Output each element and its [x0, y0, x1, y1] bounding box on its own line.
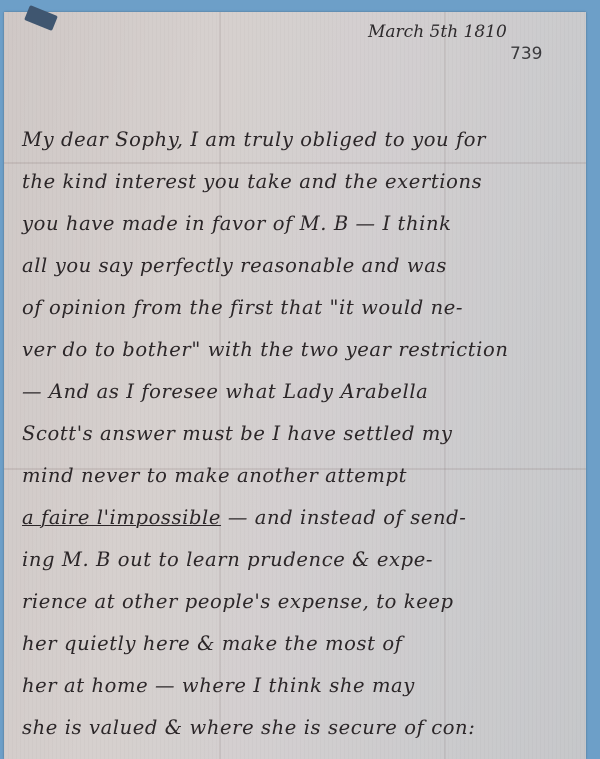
letter-line: you have made in favor of M. B — I think	[22, 212, 582, 235]
letter-line: mind never to make another attempt	[22, 464, 582, 487]
underlined-phrase: a faire l'impossible	[22, 506, 221, 529]
letter-line: her quietly here & make the most of	[22, 632, 582, 655]
letter-line: Scott's answer must be I have settled my	[22, 422, 582, 445]
archive-number: 739	[510, 44, 542, 64]
letter-line: the kind interest you take and the exert…	[22, 170, 582, 193]
letter-line: My dear Sophy, I am truly obliged to you…	[22, 128, 582, 151]
letter-line: a faire l'impossible — and instead of se…	[22, 506, 582, 529]
letter-line: ing M. B out to learn prudence & expe-	[22, 548, 582, 571]
letter-line: rience at other people's expense, to kee…	[22, 590, 582, 613]
letter-line: all you say perfectly reasonable and was	[22, 254, 582, 277]
letter-line: of opinion from the first that "it would…	[22, 296, 582, 319]
letter-date: March 5th 1810	[368, 22, 507, 42]
letter-line-rest: — and instead of send-	[221, 506, 466, 529]
paper-fold	[4, 162, 586, 164]
letter-line: her at home — where I think she may	[22, 674, 582, 697]
letter-line: she is valued & where she is secure of c…	[22, 716, 582, 739]
letter-line: — And as I foresee what Lady Arabella	[22, 380, 582, 403]
letter-line: ver do to bother" with the two year rest…	[22, 338, 582, 361]
